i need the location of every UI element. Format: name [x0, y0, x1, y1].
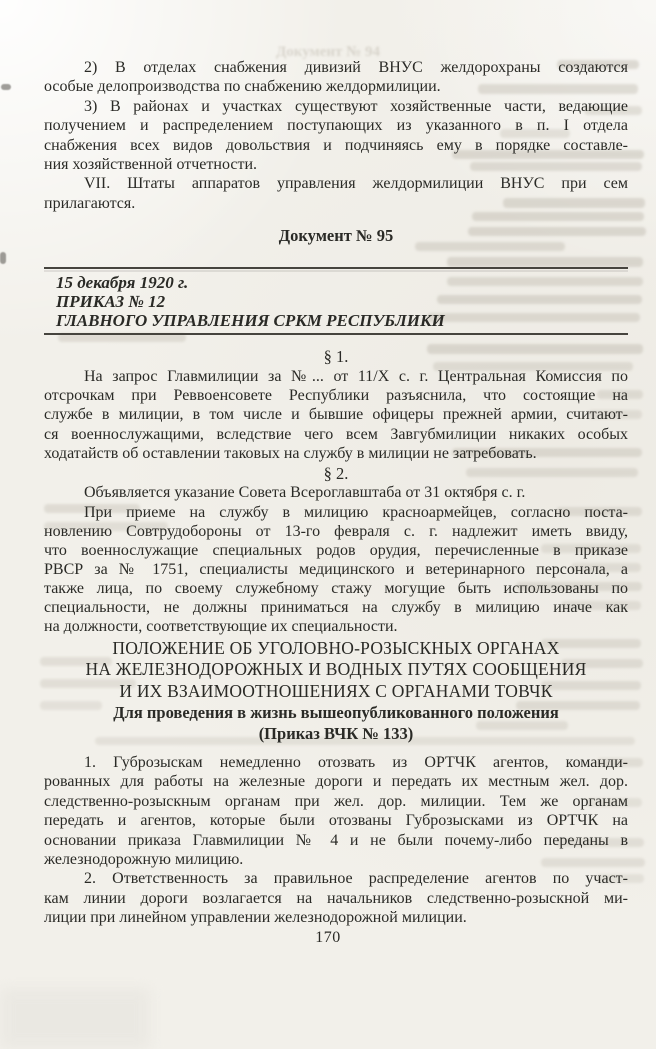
regulation-order-ref: (Приказ ВЧК № 133): [44, 723, 628, 744]
paragraph-announce: Объявляется указание Совета Всероглавшта…: [44, 483, 628, 502]
order-header-lines: 15 декабря 1920 г.ПРИКАЗ № 12ГЛАВНОГО УП…: [44, 269, 628, 333]
order-header-block: 15 декабря 1920 г.ПРИКАЗ № 12ГЛАВНОГО УП…: [44, 267, 628, 335]
regulation-subtitle: Для проведения в жизнь вышеопубликованно…: [44, 702, 628, 723]
paragraph-admission: При приеме на службу в милицию красноарм…: [44, 503, 628, 636]
paragraph-item-1: 1. Губрозыскам немедленно отозвать из ОР…: [44, 753, 628, 869]
document-number-heading: Документ № 95: [44, 225, 628, 247]
paragraph-staff: VII. Штаты аппаратов управления желдорми…: [44, 174, 628, 213]
horizontal-rule-bottom: [44, 333, 628, 335]
paragraph-item-2: 2. Ответственность за правильное распред…: [44, 869, 628, 927]
regulation-title: ПОЛОЖЕНИЕ ОБ УГОЛОВНО-РОЗЫСКНЫХ ОРГАНАХН…: [44, 638, 628, 703]
paragraph-supply-3: 3) В районах и участках существуют хозяй…: [44, 97, 628, 175]
document-page: Документ № 94 2) В отделах снабжения див…: [0, 0, 656, 1049]
section-mark-1: § 1.: [44, 347, 628, 366]
ink-speck: [1, 84, 11, 90]
page-content: 2) В отделах снабжения дивизий ВНУС желд…: [44, 58, 628, 928]
page-number: 170: [0, 929, 656, 947]
paragraph-section-1: На запрос Главмилиции за №... от 11/X с.…: [44, 367, 628, 464]
section-mark-2: § 2.: [44, 464, 628, 483]
ink-speck: [0, 252, 6, 264]
paragraph-supply-2: 2) В отделах снабжения дивизий ВНУС желд…: [44, 58, 628, 97]
corner-shading: [0, 988, 150, 1049]
